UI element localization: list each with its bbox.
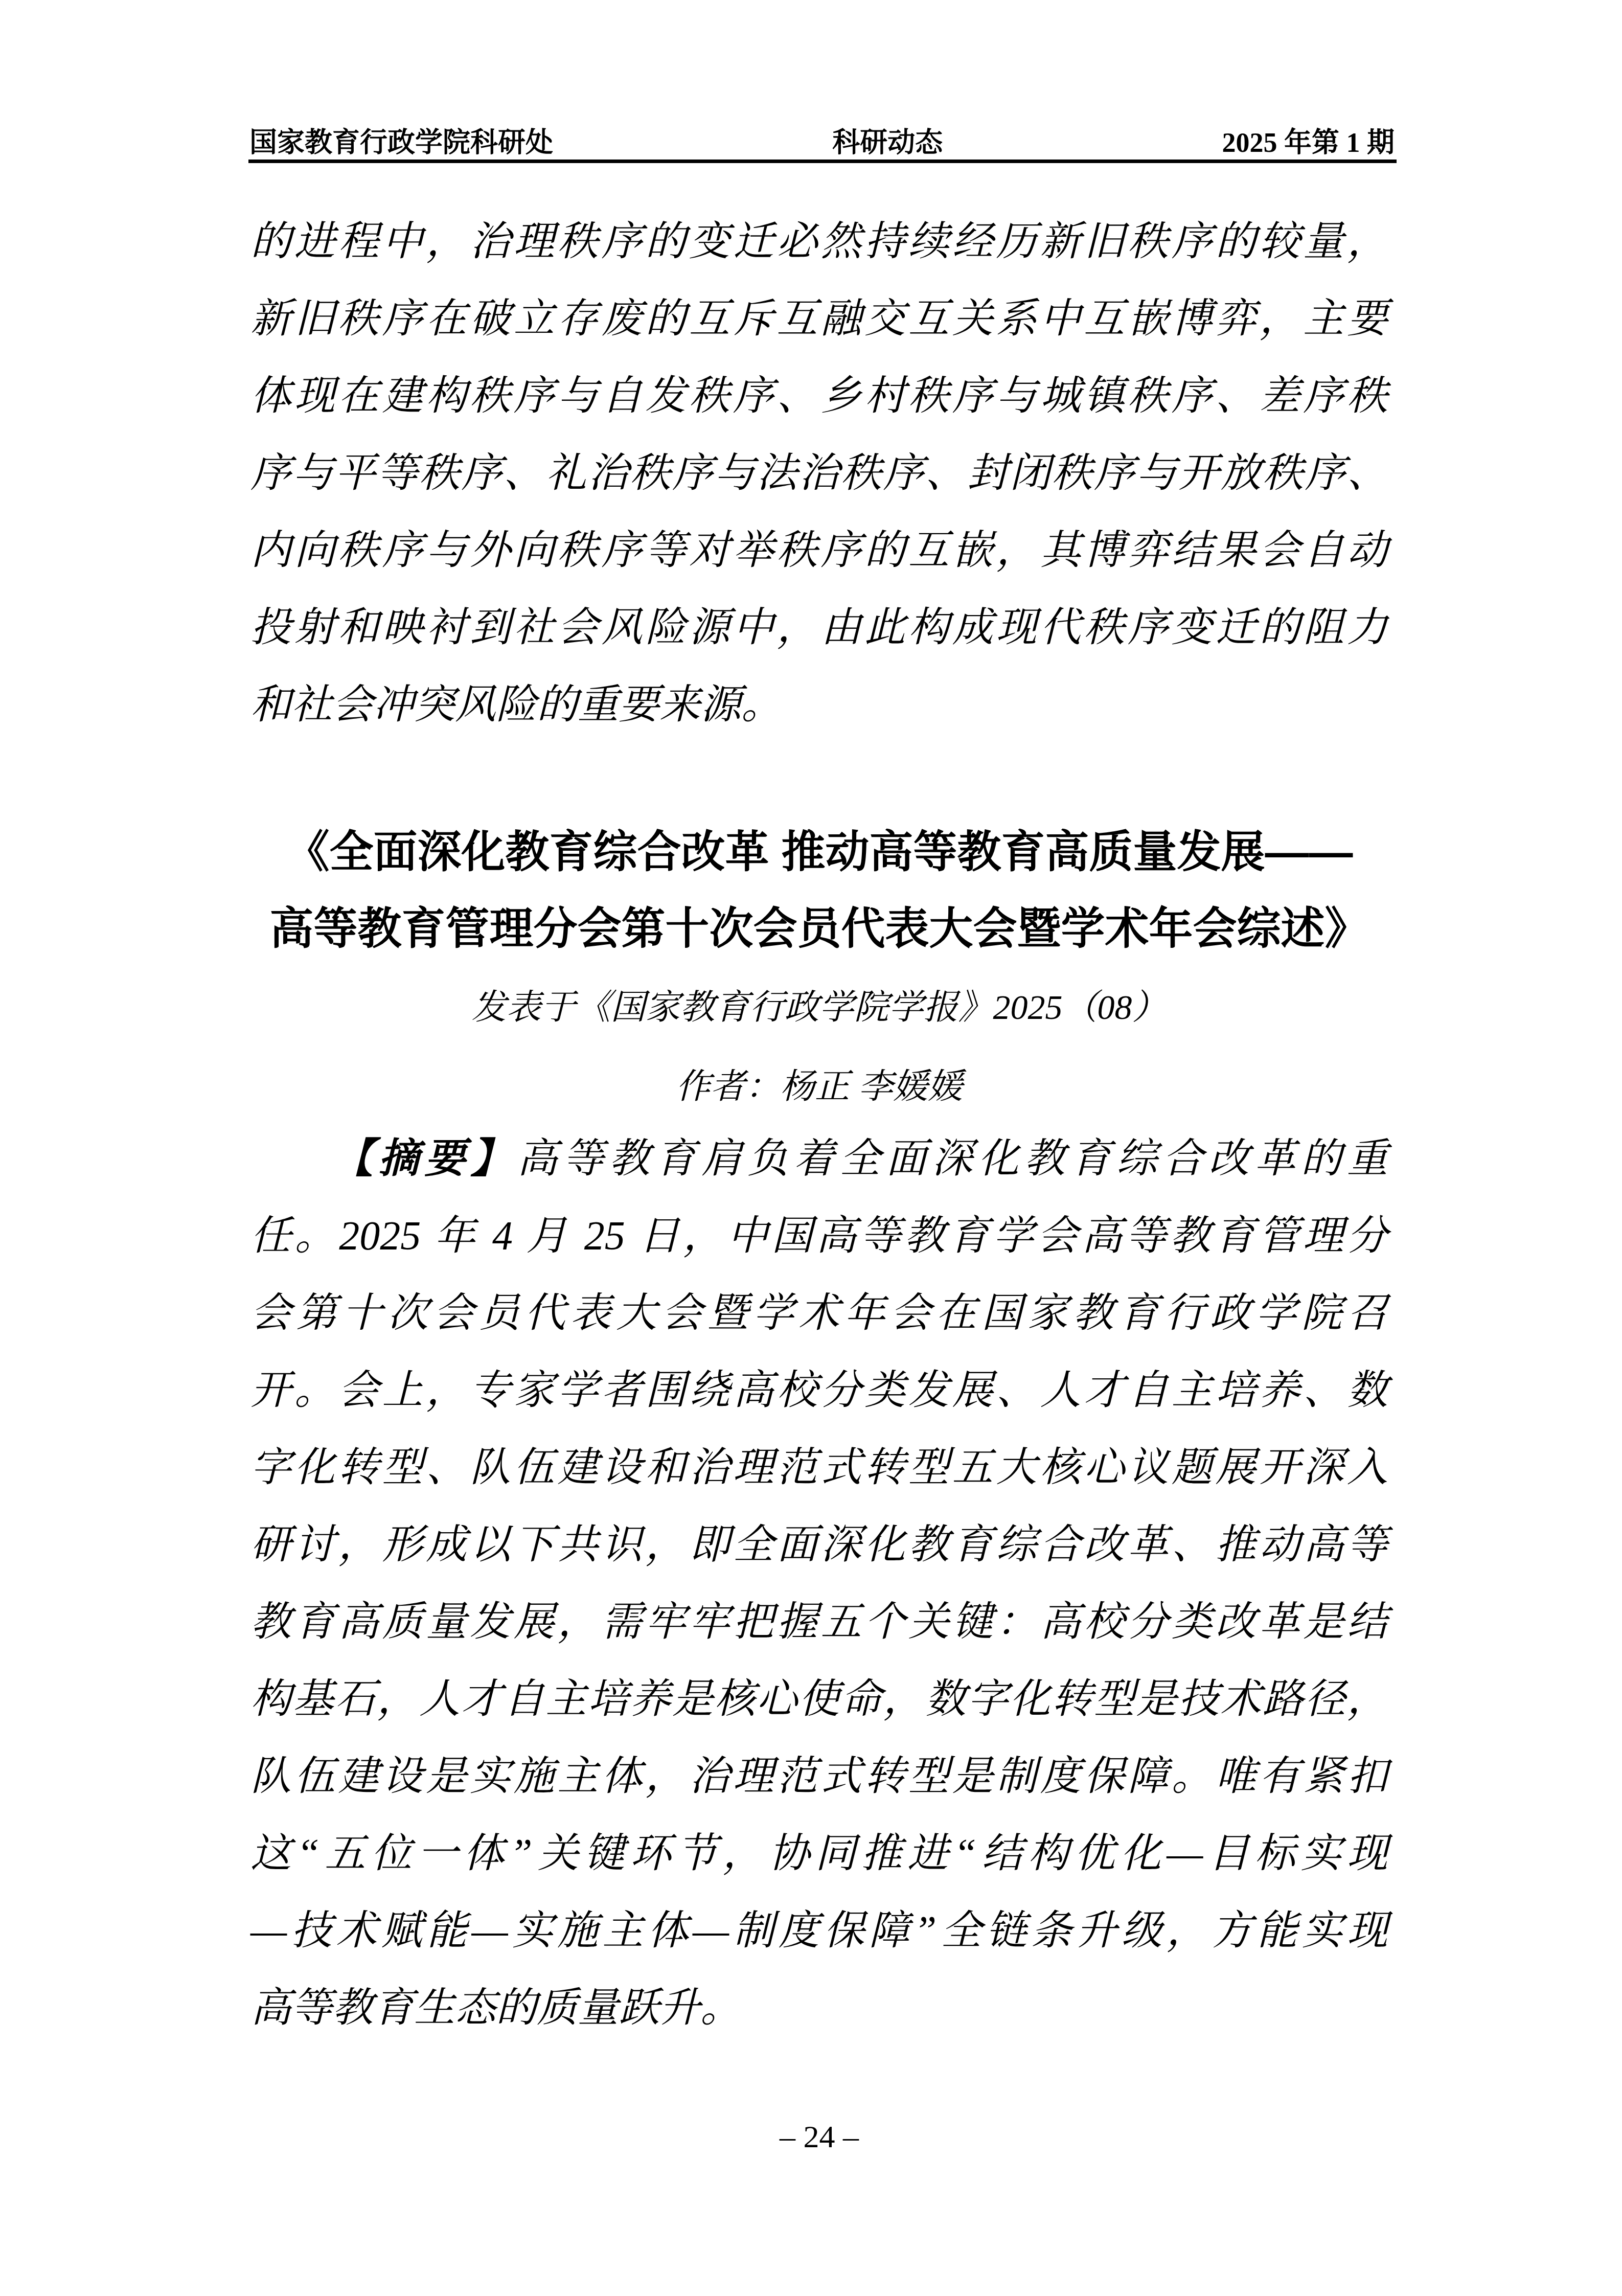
paragraph-line: 投射和映衬到社会风险源中，由此构成现代秩序变迁的阻力 (250, 589, 1388, 667)
publication-info: 发表于《国家教育行政学院学报》2025（08） (250, 969, 1388, 1045)
paragraph-line: 和社会冲突风险的重要来源。 (250, 667, 1388, 744)
article-title-line: 《全面深化教育综合改革 推动高等教育高质量发展—— (250, 814, 1388, 891)
abstract-line: 高等教育生态的质量跃升。 (250, 1970, 1388, 2047)
body-paragraph: 的进程中，治理秩序的变迁必然持续经历新旧秩序的较量， 新旧秩序在破立存废的互斥互… (250, 203, 1388, 744)
document-page: 国家教育行政学院科研处 科研动态 2025 年第 1 期 的进程中，治理秩序的变… (0, 0, 1622, 2296)
paragraph-line: 的进程中，治理秩序的变迁必然持续经历新旧秩序的较量， (250, 203, 1388, 281)
abstract-line: 教育高质量发展，需牢牢把握五个关键：高校分类改革是结 (250, 1584, 1388, 1661)
paragraph-line: 序与平等秩序、礼治秩序与法治秩序、封闭秩序与开放秩序、 (250, 435, 1388, 512)
abstract-line: —技术赋能—实施主体—制度保障”全链条升级，方能实现 (250, 1893, 1388, 1970)
article-title-line: 高等教育管理分会第十次会员代表大会暨学术年会综述》 (250, 891, 1388, 967)
abstract-line: 字化转型、队伍建设和治理范式转型五大核心议题展开深入 (250, 1429, 1388, 1507)
abstract-line: 队伍建设是实施主体，治理范式转型是制度保障。唯有紧扣 (250, 1738, 1388, 1815)
abstract-line: 会第十次会员代表大会暨学术年会在国家教育行政学院召 (250, 1275, 1388, 1352)
authors-line: 作者：杨正 李媛媛 (250, 1048, 1388, 1125)
abstract-line: 构基石，人才自主培养是核心使命，数字化转型是技术路径， (250, 1661, 1388, 1738)
abstract-paragraph: 【摘要】高等教育肩负着全面深化教育综合改革的重 任。2025 年 4 月 25 … (250, 1121, 1388, 2047)
header-issue: 2025 年第 1 期 (1222, 121, 1395, 160)
abstract-line: 研讨，形成以下共识，即全面深化教育综合改革、推动高等 (250, 1507, 1388, 1584)
article-title: 《全面深化教育综合改革 推动高等教育高质量发展—— 高等教育管理分会第十次会员代… (250, 814, 1388, 967)
page-header: 国家教育行政学院科研处 科研动态 2025 年第 1 期 (249, 121, 1395, 160)
abstract-label: 【摘要】 (332, 1136, 517, 1181)
paragraph-line: 体现在建构秩序与自发秩序、乡村秩序与城镇秩序、差序秩 (250, 358, 1388, 435)
header-publication-name: 科研动态 (832, 121, 943, 160)
header-divider (248, 160, 1397, 163)
abstract-text: 高等教育肩负着全面深化教育综合改革的重 (517, 1136, 1388, 1181)
paragraph-line: 新旧秩序在破立存废的互斥互融交互关系中互嵌博弈，主要 (250, 281, 1388, 358)
abstract-line: 任。2025 年 4 月 25 日，中国高等教育学会高等教育管理分 (250, 1198, 1388, 1275)
paragraph-line: 内向秩序与外向秩序等对举秩序的互嵌，其博弈结果会自动 (250, 512, 1388, 589)
abstract-first-line: 【摘要】高等教育肩负着全面深化教育综合改革的重 (250, 1121, 1388, 1198)
abstract-line: 这“五位一体”关键环节，协同推进“结构优化—目标实现 (250, 1815, 1388, 1893)
page-number: – 24 – (250, 2114, 1388, 2160)
header-department: 国家教育行政学院科研处 (249, 121, 553, 160)
abstract-line: 开。会上，专家学者围绕高校分类发展、人才自主培养、数 (250, 1352, 1388, 1429)
